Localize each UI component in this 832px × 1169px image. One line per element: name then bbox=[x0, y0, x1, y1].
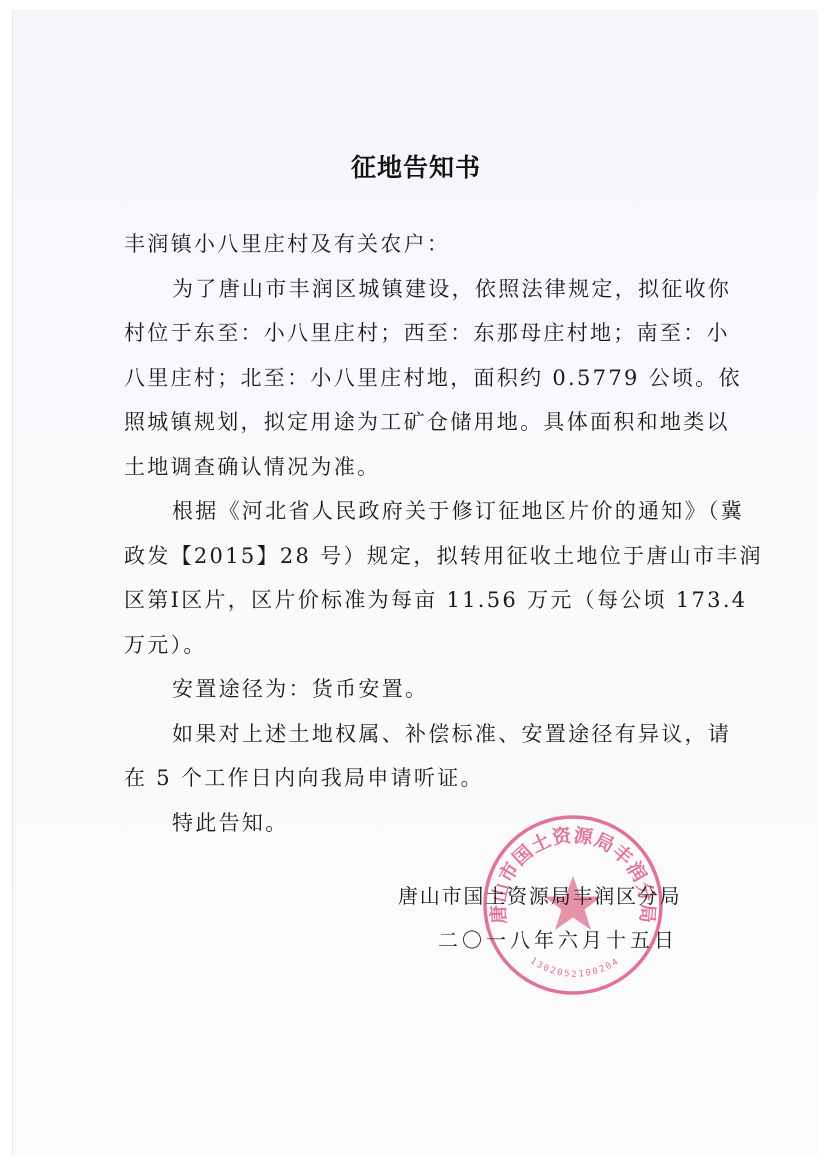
paragraph-line: 万元）。 bbox=[124, 623, 724, 668]
issue-date: 二〇一八年六月十五日 bbox=[398, 918, 681, 962]
addressee: 丰润镇小八里庄村及有关农户： bbox=[124, 222, 724, 267]
issuer-name: 唐山市国土资源局丰润区分局 bbox=[398, 874, 681, 918]
paragraph-line: 照城镇规划，拟定用途为工矿仓储用地。具体面积和地类以 bbox=[124, 400, 724, 445]
paragraph-line: 安置途径为：货币安置。 bbox=[124, 667, 724, 712]
document-title: 征地告知书 bbox=[0, 148, 832, 184]
paragraph-line: 如果对上述土地权属、补偿标准、安置途径有异议，请 bbox=[124, 712, 724, 757]
paragraph-line: 村位于东至：小八里庄村；西至：东那母庄村地；南至：小 bbox=[124, 311, 724, 356]
paragraph-line: 根据《河北省人民政府关于修订征地区片价的通知》（冀 bbox=[124, 489, 724, 534]
paragraph-line: 八里庄村；北至：小八里庄村地，面积约 0.5779 公顷。依 bbox=[124, 356, 724, 401]
paragraph-line: 区第Ⅰ区片，区片价标准为每亩 11.56 万元（每公顷 173.4 bbox=[124, 578, 724, 623]
paragraph-line: 在 5 个工作日内向我局申请听证。 bbox=[124, 756, 724, 801]
paragraph-line: 土地调查确认情况为准。 bbox=[124, 445, 724, 490]
signature-block: 唐山市国土资源局丰润区分局 二〇一八年六月十五日 bbox=[398, 874, 681, 962]
document-body: 丰润镇小八里庄村及有关农户： 为了唐山市丰润区城镇建设，依照法律规定，拟征收你 … bbox=[124, 222, 724, 845]
paragraph-line: 政发【2015】28 号）规定，拟转用征收土地位于唐山市丰润 bbox=[124, 534, 724, 579]
paragraph-line: 为了唐山市丰润区城镇建设，依照法律规定，拟征收你 bbox=[124, 267, 724, 312]
